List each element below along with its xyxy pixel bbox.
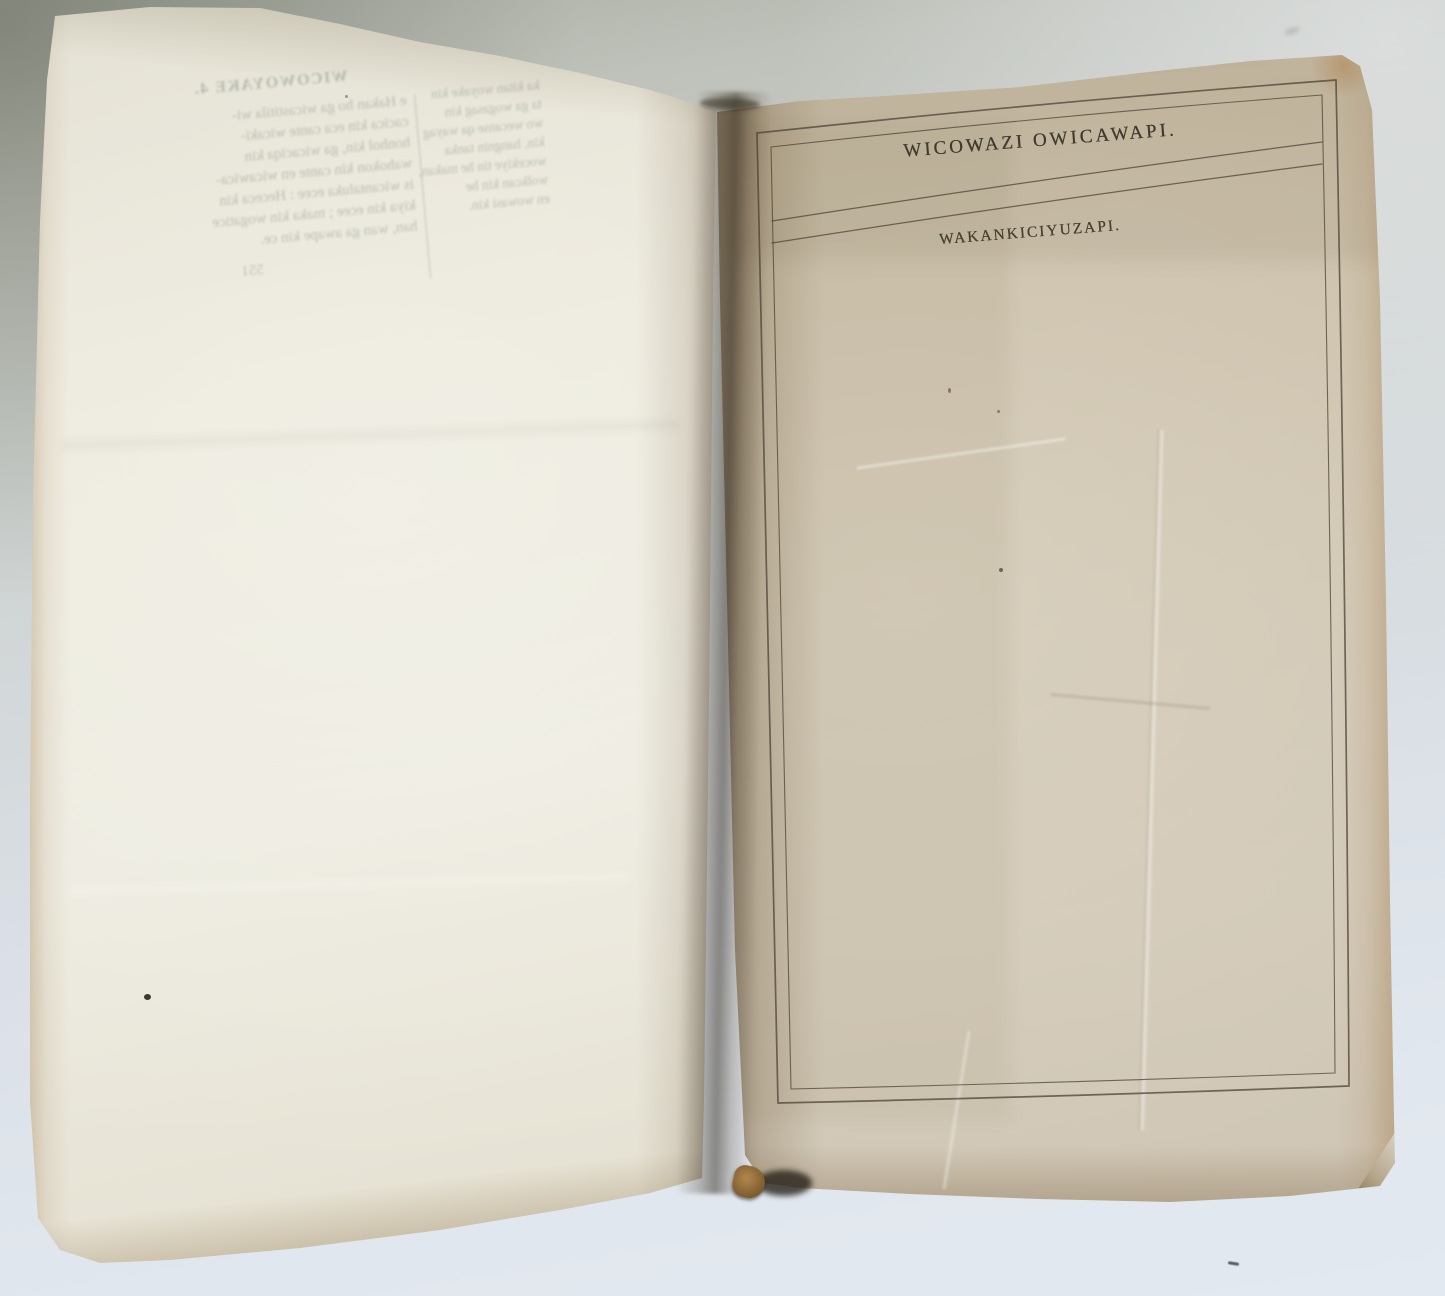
left-page-crease [60,419,680,451]
foxing-speck [997,410,1000,413]
foxing-speck [948,388,951,393]
left-page-crease [70,873,630,896]
foxing-speck [345,95,348,98]
bleedthrough-column-2: ka kitan woyake kin ta ga wogasag kin wo… [421,75,550,218]
foxing-speck [999,568,1003,572]
right-page-crease [1138,430,1165,1130]
foxing-speck [144,994,151,1000]
bleedthrough-text-block: WICOWOYAKE 4. e Hakan ho ga wicastitila … [49,32,572,355]
photo-stage: WICOWOYAKE 4. e Hakan ho ga wicastitila … [0,0,1445,1296]
bleedthrough-column-1: e Hakan ho ga wicastitila wi- cacica kin… [71,91,419,267]
right-page-crease [1050,693,1210,710]
